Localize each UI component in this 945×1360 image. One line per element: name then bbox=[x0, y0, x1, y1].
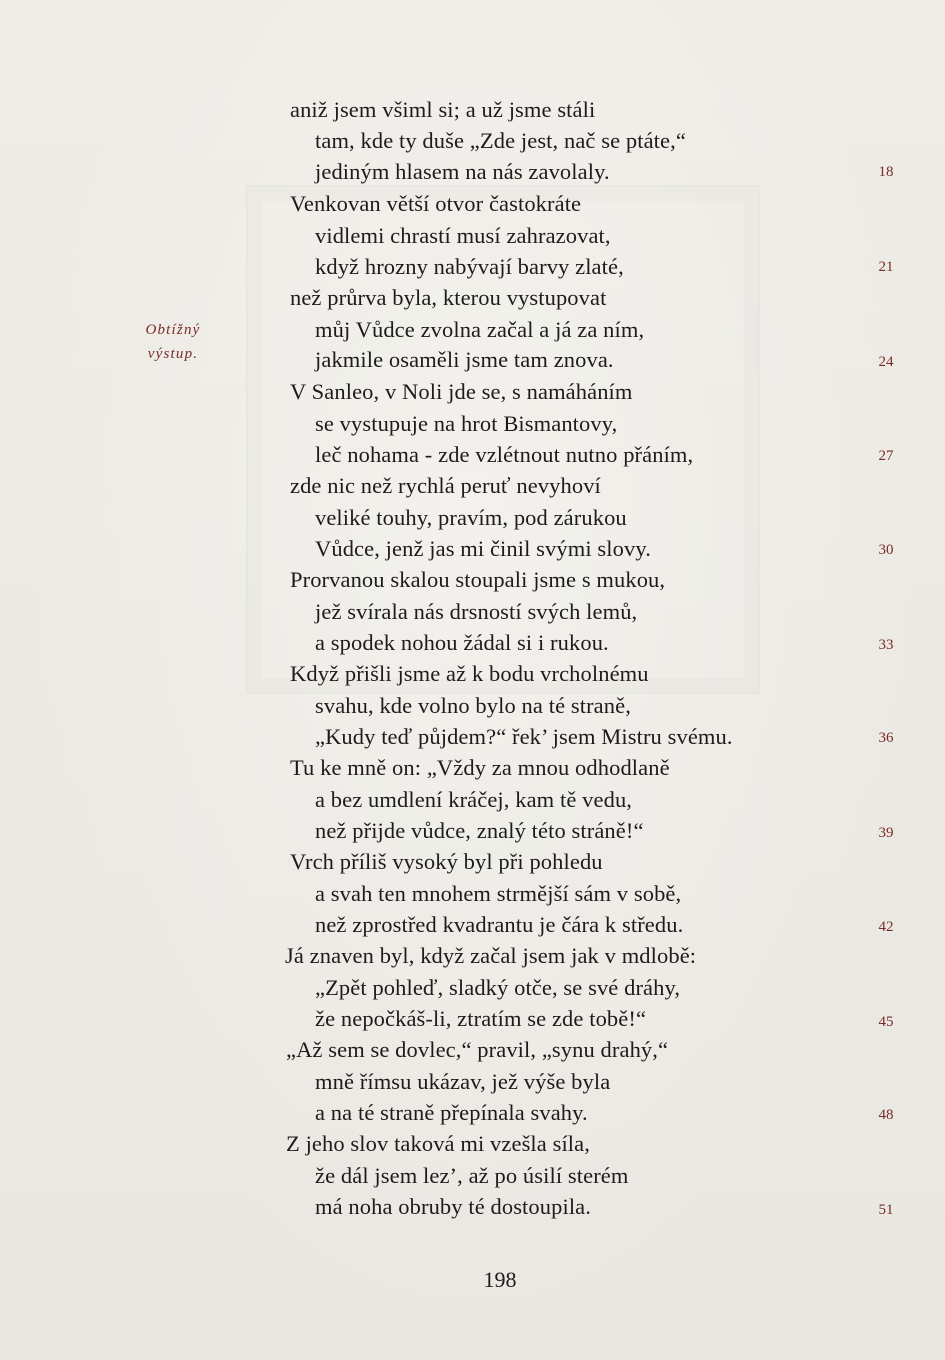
line-number: 21 bbox=[868, 257, 904, 277]
verse-line: že nepočkáš-li, ztratím se zde tobě!“ bbox=[315, 1005, 646, 1033]
verse-line: „Kudy teď půjdem?“ řek’ jsem Mistru svém… bbox=[315, 723, 733, 751]
verse-line: tam, kde ty duše „Zde jest, nač se ptáte… bbox=[315, 127, 686, 155]
verse-line: Tu ke mně on: „Vždy za mnou odhodlaně bbox=[290, 754, 670, 782]
verse-line: „Až sem se dovlec,“ pravil, „synu drahý,… bbox=[286, 1036, 668, 1064]
verse-line: a spodek nohou žádal si i rukou. bbox=[315, 629, 609, 657]
verse-line: jakmile osaměli jsme tam znova. bbox=[315, 346, 614, 374]
verse-line: můj Vůdce zvolna začal a já za ním, bbox=[315, 316, 644, 344]
page-number: 198 bbox=[460, 1266, 540, 1294]
verse-line: než průrva byla, kterou vystupovat bbox=[290, 284, 606, 312]
line-number: 24 bbox=[868, 352, 904, 372]
verse-line: má noha obruby té dostoupila. bbox=[315, 1193, 591, 1221]
verse-line: zde nic než rychlá peruť nevyhoví bbox=[290, 472, 601, 500]
verse-line: Když přišli jsme až k bodu vrcholnému bbox=[290, 660, 649, 688]
line-number: 36 bbox=[868, 728, 904, 748]
line-number: 51 bbox=[868, 1200, 904, 1220]
line-number: 30 bbox=[868, 540, 904, 560]
marginal-note-line-2: výstup. bbox=[118, 342, 228, 366]
line-number: 27 bbox=[868, 446, 904, 466]
marginal-note: Obtížný výstup. bbox=[118, 318, 228, 366]
verse-line: mně římsu ukázav, jež výše byla bbox=[315, 1068, 610, 1096]
verse-line: Já znaven byl, když začal jsem jak v mdl… bbox=[285, 942, 696, 970]
verse-line: že dál jsem lez’, až po úsilí sterém bbox=[315, 1162, 628, 1190]
verse-line: Z jeho slov taková mi vzešla síla, bbox=[286, 1130, 590, 1158]
verse-line: když hrozny nabývají barvy zlaté, bbox=[315, 253, 624, 281]
verse-line: a svah ten mnohem strmější sám v sobě, bbox=[315, 880, 681, 908]
verse-line: jež svírala nás drsností svých lemů, bbox=[315, 598, 637, 626]
verse-line: a bez umdlení kráčej, kam tě vedu, bbox=[315, 786, 632, 814]
verse-line: se vystupuje na hrot Bismantovy, bbox=[315, 410, 617, 438]
verse-line: Venkovan větší otvor častokráte bbox=[290, 190, 581, 218]
book-page: Obtížný výstup. aniž jsem všiml si; a už… bbox=[0, 0, 945, 1360]
verse-line: Vůdce, jenž jas mi činil svými slovy. bbox=[315, 535, 651, 563]
verse-line: Prorvanou skalou stoupali jsme s mukou, bbox=[290, 566, 665, 594]
line-number: 33 bbox=[868, 635, 904, 655]
line-number: 18 bbox=[868, 162, 904, 182]
line-number: 42 bbox=[868, 917, 904, 937]
verse-line: „Zpět pohleď, sladký otče, se své dráhy, bbox=[315, 974, 680, 1002]
verse-line: Vrch příliš vysoký byl při pohledu bbox=[290, 848, 603, 876]
marginal-note-line-1: Obtížný bbox=[118, 318, 228, 342]
verse-line: vidlemi chrastí musí zahrazovat, bbox=[315, 222, 611, 250]
verse-line: V Sanleo, v Noli jde se, s namáháním bbox=[290, 378, 633, 406]
verse-line: aniž jsem všiml si; a už jsme stáli bbox=[290, 96, 595, 124]
verse-line: leč nohama - zde vzlétnout nutno přáním, bbox=[315, 441, 693, 469]
verse-line: svahu, kde volno bylo na té straně, bbox=[315, 692, 631, 720]
verse-line: jediným hlasem na nás zavolaly. bbox=[315, 158, 610, 186]
line-number: 45 bbox=[868, 1012, 904, 1032]
verse-line: než přijde vůdce, znalý této stráně!“ bbox=[315, 817, 644, 845]
verse-line: než zprostřed kvadrantu je čára k středu… bbox=[315, 911, 683, 939]
line-number: 48 bbox=[868, 1105, 904, 1125]
verse-line: veliké touhy, pravím, pod zárukou bbox=[315, 504, 627, 532]
line-number: 39 bbox=[868, 823, 904, 843]
verse-line: a na té straně přepínala svahy. bbox=[315, 1099, 588, 1127]
